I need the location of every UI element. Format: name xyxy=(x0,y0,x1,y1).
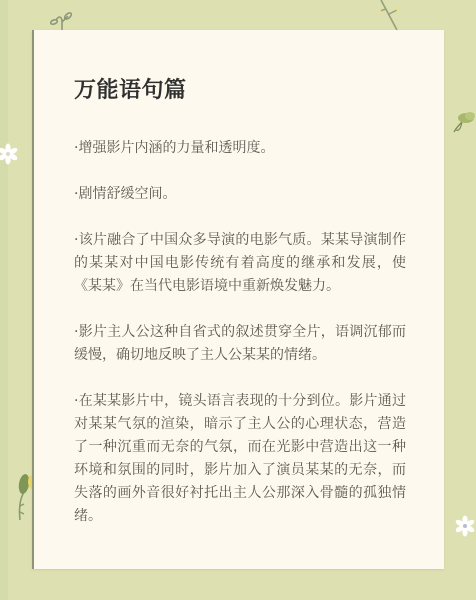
page-title: 万能语句篇 xyxy=(74,75,187,105)
paragraph: ·影片主人公这种自省式的叙述贯穿全片，语调沉郁而缓慢，确切地反映了主人公某某的情… xyxy=(74,321,406,367)
daisy-icon xyxy=(0,142,22,166)
background-strip xyxy=(0,0,8,600)
daisy-icon xyxy=(452,514,476,538)
twig-icon xyxy=(375,0,405,32)
leaf-icon xyxy=(452,110,476,136)
paragraph: ·剧情舒缓空间。 xyxy=(74,183,406,206)
paragraph: ·增强影片内涵的力量和透明度。 xyxy=(74,137,406,160)
sprout-icon xyxy=(48,8,76,32)
body-content: ·增强影片内涵的力量和透明度。 ·剧情舒缓空间。 ·该片融合了中国众多导演的电影… xyxy=(74,137,406,551)
paper-card: 万能语句篇 ·增强影片内涵的力量和透明度。 ·剧情舒缓空间。 ·该片融合了中国众… xyxy=(32,30,444,569)
paragraph: ·该片融合了中国众多导演的电影气质。某某导演制作的某某对中国电影传统有着高度的继… xyxy=(74,229,406,298)
paragraph: ·在某某影片中，镜头语言表现的十分到位。影片通过对某某气氛的渲染，暗示了主人公的… xyxy=(74,390,406,528)
